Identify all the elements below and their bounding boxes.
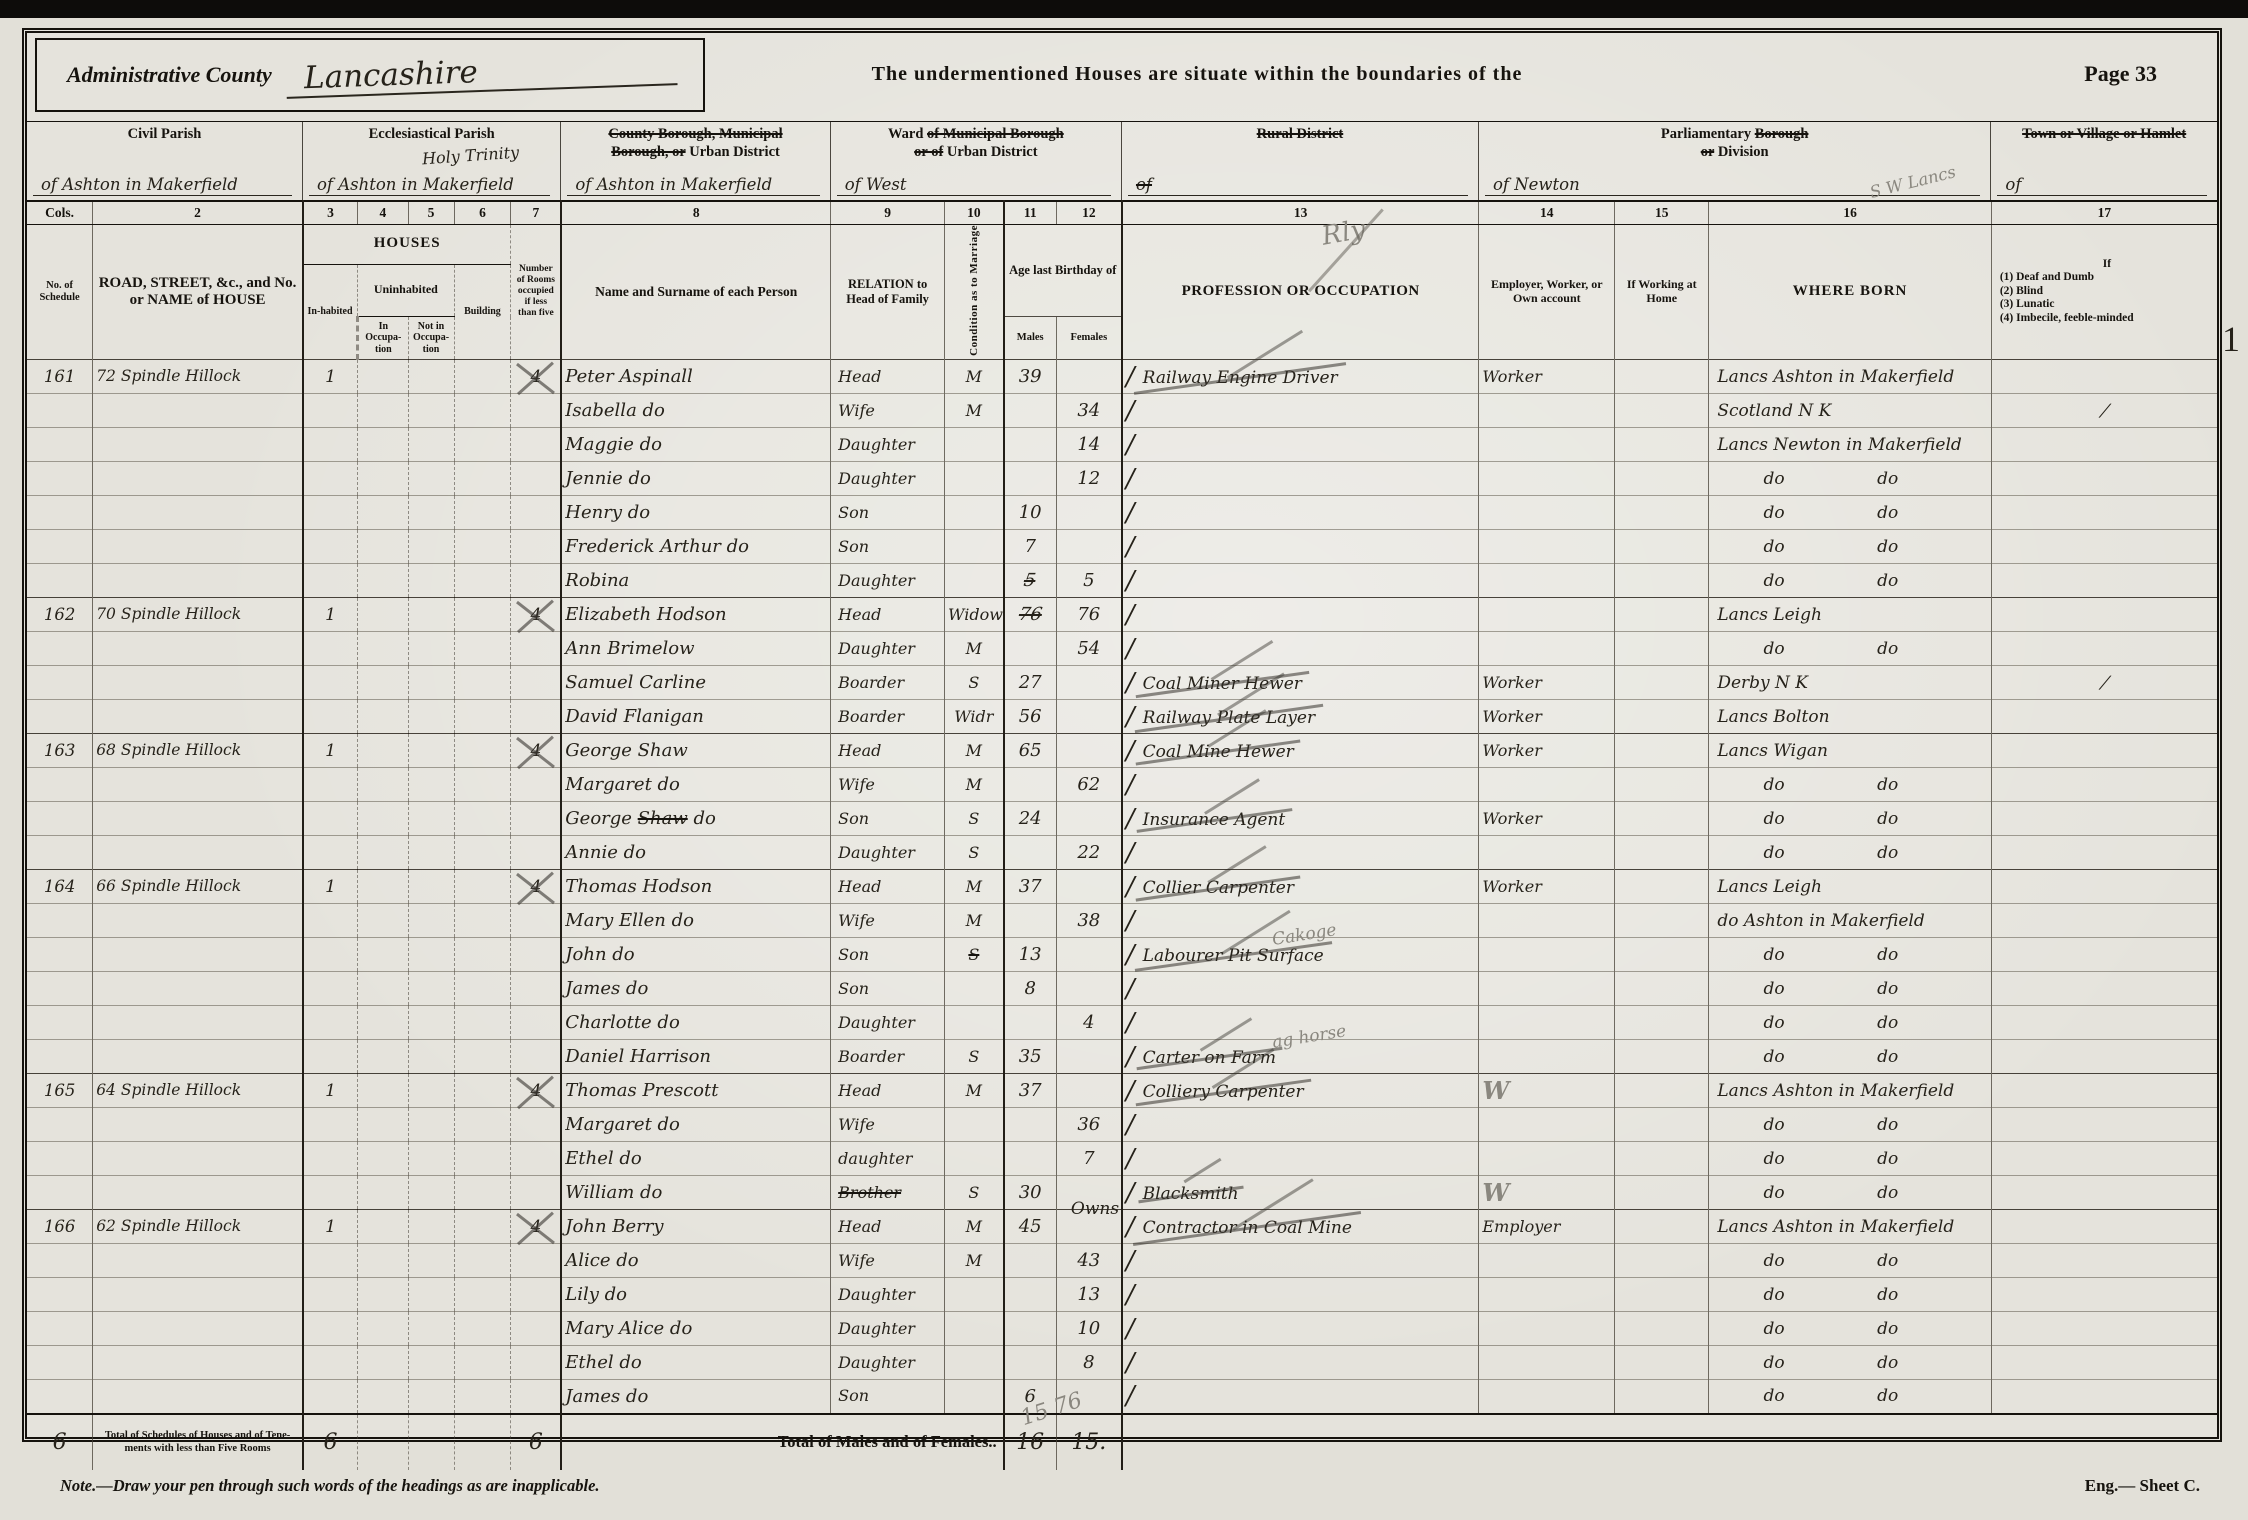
cell-uninhabited-in-occupation xyxy=(358,1278,408,1312)
cell-address: 62 Spindle Hillock xyxy=(93,1210,303,1244)
cell-where-born: dodo xyxy=(1709,1108,1992,1142)
cell-rooms xyxy=(511,632,561,666)
cell-uninhabited-in-occupation xyxy=(358,972,408,1006)
cell-uninhabited-not-in-occupation xyxy=(408,700,454,734)
column-number: 7 xyxy=(511,201,561,224)
infirmity-item: (4) Imbecile, feeble-minded xyxy=(2000,312,2214,326)
cell-name: Isabella do xyxy=(561,394,830,428)
cell-age-female xyxy=(1056,530,1122,564)
sheet-label: Eng.— Sheet C. xyxy=(2085,1476,2200,1496)
cell-where-born: dodo xyxy=(1709,1380,1992,1414)
cell-inhabited xyxy=(303,836,358,870)
boundary-value: of Ashton in Makerfield xyxy=(33,175,292,196)
cell-age-female: 10 xyxy=(1056,1312,1122,1346)
cell-uninhabited-in-occupation xyxy=(358,938,408,972)
cell-where-born: dodo xyxy=(1709,1312,1992,1346)
cell-uninhabited-in-occupation xyxy=(358,1244,408,1278)
cell-inhabited xyxy=(303,632,358,666)
boundary-header: Holy TrinityEcclesiastical Parishof Asht… xyxy=(303,122,561,200)
cell-where-born: dodo xyxy=(1709,462,1992,496)
empty-cell xyxy=(408,1414,454,1470)
cell-condition: S xyxy=(945,1040,1004,1074)
infirmity-items: (1) Deaf and Dumb(2) Blind(3) Lunatic(4)… xyxy=(2000,271,2214,326)
cell-employer xyxy=(1479,1040,1615,1074)
column-group-uninhabited: Uninhabited xyxy=(358,264,454,317)
cell-uninhabited-in-occupation xyxy=(358,700,408,734)
cell-condition: M xyxy=(945,360,1004,394)
cell-age-female xyxy=(1056,938,1122,972)
cell-schedule xyxy=(27,394,93,428)
cell-uninhabited-not-in-occupation xyxy=(408,1108,454,1142)
cell-age-male: 39 xyxy=(1004,360,1057,394)
cell-condition: S xyxy=(945,836,1004,870)
cell-schedule: 161 xyxy=(27,360,93,394)
cell-rooms xyxy=(511,1244,561,1278)
cell-working-at-home xyxy=(1615,666,1709,700)
cell-infirmity xyxy=(1991,632,2217,666)
cell-address xyxy=(93,1380,303,1414)
cell-schedule xyxy=(27,1108,93,1142)
cell-inhabited xyxy=(303,972,358,1006)
cell-address: 70 Spindle Hillock xyxy=(93,598,303,632)
census-row: David FlaniganBoarderWidr56Railway Plate… xyxy=(27,700,2217,734)
cell-working-at-home xyxy=(1615,836,1709,870)
cell-age-male xyxy=(1004,632,1057,666)
cell-uninhabited-not-in-occupation xyxy=(408,632,454,666)
cell-relation: Daughter xyxy=(831,1346,945,1380)
cell-building xyxy=(454,394,511,428)
cell-employer: W xyxy=(1479,1176,1615,1210)
cell-occupation xyxy=(1122,1312,1479,1346)
cell-relation: Brother xyxy=(831,1176,945,1210)
column-header-inhabited: In-habited xyxy=(303,264,358,360)
cell-employer: Worker xyxy=(1479,666,1615,700)
cell-relation: Daughter xyxy=(831,1278,945,1312)
cell-infirmity xyxy=(1991,870,2217,904)
column-header-schedule: No. of Schedule xyxy=(27,224,93,360)
column-number: 12 xyxy=(1056,201,1122,224)
cell-uninhabited-in-occupation xyxy=(358,462,408,496)
cell-address xyxy=(93,938,303,972)
cell-uninhabited-in-occupation xyxy=(358,1176,408,1210)
cell-building xyxy=(454,564,511,598)
cell-infirmity xyxy=(1991,1176,2217,1210)
boundary-value: of Ashton in Makerfield xyxy=(567,175,819,196)
cell-age-male: 8 xyxy=(1004,972,1057,1006)
cell-relation: Wife xyxy=(831,904,945,938)
census-row: Frederick Arthur doSon7dodo xyxy=(27,530,2217,564)
cell-uninhabited-not-in-occupation xyxy=(408,1346,454,1380)
census-row: 16368 Spindle Hillock14George ShawHeadM6… xyxy=(27,734,2217,768)
cell-where-born: dodo xyxy=(1709,1176,1992,1210)
cell-where-born: dodo xyxy=(1709,768,1992,802)
page-heading: The undermentioned Houses are situate wi… xyxy=(767,63,1627,86)
cell-uninhabited-in-occupation xyxy=(358,904,408,938)
cell-inhabited xyxy=(303,666,358,700)
column-header-in-occupation: In Occupa-tion xyxy=(358,317,408,360)
cell-uninhabited-not-in-occupation xyxy=(408,666,454,700)
cell-relation: Head xyxy=(831,734,945,768)
cell-inhabited xyxy=(303,700,358,734)
cell-rooms: 4 xyxy=(511,870,561,904)
cell-relation: Son xyxy=(831,1380,945,1414)
cell-employer xyxy=(1479,530,1615,564)
cell-building xyxy=(454,462,511,496)
cell-uninhabited-not-in-occupation xyxy=(408,598,454,632)
census-form-paper: 1 Administrative County Lancashire The u… xyxy=(0,18,2248,1520)
cell-condition xyxy=(945,972,1004,1006)
cell-uninhabited-not-in-occupation xyxy=(408,1380,454,1414)
cell-uninhabited-not-in-occupation xyxy=(408,870,454,904)
cell-condition xyxy=(945,1006,1004,1040)
cell-where-born: Lancs Leigh xyxy=(1709,598,1992,632)
cell-infirmity xyxy=(1991,1074,2217,1108)
boundary-header: Parliamentary Boroughor Divisionof Newto… xyxy=(1479,122,1991,200)
cell-schedule xyxy=(27,632,93,666)
cell-where-born: dodo xyxy=(1709,1278,1992,1312)
cell-name: Charlotte do xyxy=(561,1006,830,1040)
boundary-value: of Ashton in Makerfield xyxy=(309,175,550,196)
cell-rooms xyxy=(511,1176,561,1210)
boundary-header: County Borough, MunicipalBorough, or Urb… xyxy=(561,122,830,200)
census-row: 16662 Spindle Hillock14John BerryHeadM45… xyxy=(27,1210,2217,1244)
cell-condition: M xyxy=(945,1210,1004,1244)
census-row: Isabella doWifeM34Scotland N K/ xyxy=(27,394,2217,428)
cell-schedule xyxy=(27,1176,93,1210)
cell-employer xyxy=(1479,836,1615,870)
cell-age-female xyxy=(1056,802,1122,836)
cell-name: Jennie do xyxy=(561,462,830,496)
cell-inhabited xyxy=(303,938,358,972)
cell-occupation xyxy=(1122,972,1479,1006)
cell-where-born: Lancs Wigan xyxy=(1709,734,1992,768)
cell-address xyxy=(93,1006,303,1040)
total-inhabited-value: 6 xyxy=(324,1430,338,1455)
cell-working-at-home xyxy=(1615,632,1709,666)
cell-employer xyxy=(1479,1278,1615,1312)
cell-occupation xyxy=(1122,530,1479,564)
cell-working-at-home xyxy=(1615,1142,1709,1176)
cell-address xyxy=(93,904,303,938)
cell-where-born: dodo xyxy=(1709,530,1992,564)
cell-schedule xyxy=(27,1278,93,1312)
table-footer: 6 Total of Schedules of Houses and of Te… xyxy=(27,1414,2217,1470)
column-header-profession-label: PROFESSION OR OCCUPATION xyxy=(1182,283,1420,299)
column-number: 16 xyxy=(1709,201,1992,224)
cell-building xyxy=(454,700,511,734)
cell-relation: Daughter xyxy=(831,1312,945,1346)
column-number: 13 xyxy=(1122,201,1479,224)
cell-inhabited xyxy=(303,1142,358,1176)
column-header-females: Females xyxy=(1056,317,1122,360)
column-number: 9 xyxy=(831,201,945,224)
cell-employer xyxy=(1479,1142,1615,1176)
cell-where-born: dodo xyxy=(1709,1006,1992,1040)
total-rooms-value: 6 xyxy=(529,1430,543,1455)
cell-address xyxy=(93,632,303,666)
column-numbers-row: Cols.234567891011121314151617 xyxy=(27,201,2217,224)
cell-occupation xyxy=(1122,1142,1479,1176)
cell-age-male xyxy=(1004,1142,1057,1176)
cell-where-born: Lancs Ashton in Makerfield xyxy=(1709,360,1992,394)
boundary-header: Rural Districtof xyxy=(1122,122,1479,200)
cell-working-at-home xyxy=(1615,394,1709,428)
cell-condition: M xyxy=(945,870,1004,904)
administrative-county-box: Administrative County Lancashire xyxy=(35,38,705,112)
cell-employer xyxy=(1479,632,1615,666)
cell-working-at-home xyxy=(1615,360,1709,394)
cell-inhabited xyxy=(303,462,358,496)
cell-where-born: dodo xyxy=(1709,1346,1992,1380)
cell-working-at-home xyxy=(1615,564,1709,598)
cell-working-at-home xyxy=(1615,1074,1709,1108)
cell-name: Ann Brimelow xyxy=(561,632,830,666)
cell-building xyxy=(454,530,511,564)
cell-infirmity xyxy=(1991,1346,2217,1380)
cell-uninhabited-in-occupation xyxy=(358,1346,408,1380)
cell-building xyxy=(454,1210,511,1244)
cell-rooms xyxy=(511,1006,561,1040)
cell-address xyxy=(93,802,303,836)
column-header-name-label: Name and Surname of each Person xyxy=(595,284,797,299)
cell-address xyxy=(93,768,303,802)
column-header-name: Name and Surname of each Person xyxy=(561,224,830,360)
cell-rooms xyxy=(511,1278,561,1312)
cell-uninhabited-in-occupation xyxy=(358,632,408,666)
cell-rooms xyxy=(511,428,561,462)
cell-uninhabited-in-occupation xyxy=(358,530,408,564)
census-row: 16564 Spindle Hillock14Thomas PrescottHe… xyxy=(27,1074,2217,1108)
cell-uninhabited-in-occupation xyxy=(358,1142,408,1176)
cell-address: 66 Spindle Hillock xyxy=(93,870,303,904)
cell-rooms: 4 xyxy=(511,1074,561,1108)
census-row: Alice doWifeM43dodo xyxy=(27,1244,2217,1278)
scanned-census-page: 1 Administrative County Lancashire The u… xyxy=(0,0,2248,1520)
column-number: 6 xyxy=(454,201,511,224)
cell-name: John Berry xyxy=(561,1210,830,1244)
cell-address xyxy=(93,972,303,1006)
cell-name: Lily do xyxy=(561,1278,830,1312)
pencil-annotation: S W Lancs xyxy=(1860,161,1962,205)
column-header-building: Building xyxy=(454,264,511,360)
cell-age-female xyxy=(1056,496,1122,530)
cell-inhabited xyxy=(303,904,358,938)
census-row: James doSon6dodo xyxy=(27,1380,2217,1414)
cell-uninhabited-in-occupation xyxy=(358,802,408,836)
cell-condition xyxy=(945,1142,1004,1176)
cell-inhabited xyxy=(303,1380,358,1414)
column-header-condition: Condition as to Marriage xyxy=(945,224,1004,360)
cell-where-born: dodo xyxy=(1709,632,1992,666)
cell-age-female: 22 xyxy=(1056,836,1122,870)
cell-working-at-home xyxy=(1615,1380,1709,1414)
cell-age-female: 38 xyxy=(1056,904,1122,938)
cell-uninhabited-not-in-occupation xyxy=(408,768,454,802)
cell-rooms xyxy=(511,394,561,428)
cell-schedule xyxy=(27,802,93,836)
cell-schedule xyxy=(27,1142,93,1176)
cell-age-male: 24 xyxy=(1004,802,1057,836)
cell-schedule xyxy=(27,972,93,1006)
cell-address xyxy=(93,564,303,598)
cell-uninhabited-not-in-occupation xyxy=(408,904,454,938)
cell-age-female xyxy=(1056,666,1122,700)
column-header-males: Males xyxy=(1004,317,1057,360)
cell-working-at-home xyxy=(1615,904,1709,938)
cell-where-born: Lancs Bolton xyxy=(1709,700,1992,734)
cell-infirmity xyxy=(1991,1108,2217,1142)
cell-rooms xyxy=(511,700,561,734)
census-row: George Shaw doSonS24Insurance AgentWorke… xyxy=(27,802,2217,836)
cell-infirmity xyxy=(1991,462,2217,496)
boundary-title: Ecclesiastical Parish xyxy=(303,125,560,143)
empty-cell xyxy=(1122,1414,2217,1470)
cell-rooms xyxy=(511,836,561,870)
cell-name: George Shaw do xyxy=(561,802,830,836)
cell-occupation xyxy=(1122,1278,1479,1312)
cell-address xyxy=(93,1040,303,1074)
cell-rooms xyxy=(511,1142,561,1176)
cell-name: James do xyxy=(561,1380,830,1414)
boundary-title: Civil Parish xyxy=(27,125,302,143)
cell-occupation: Coal Miner Hewer xyxy=(1122,666,1479,700)
cell-condition: M xyxy=(945,768,1004,802)
empty-cell xyxy=(358,1414,408,1470)
cell-age-female: 12 xyxy=(1056,462,1122,496)
cell-relation: Daughter xyxy=(831,564,945,598)
cell-working-at-home xyxy=(1615,972,1709,1006)
cell-name: William do xyxy=(561,1176,830,1210)
cell-relation: Boarder xyxy=(831,666,945,700)
column-number: 14 xyxy=(1479,201,1615,224)
cell-age-female: 43 xyxy=(1056,1244,1122,1278)
cell-uninhabited-in-occupation xyxy=(358,870,408,904)
totals-row: 6 Total of Schedules of Houses and of Te… xyxy=(27,1414,2217,1470)
cell-infirmity xyxy=(1991,1142,2217,1176)
cell-rooms: 4 xyxy=(511,734,561,768)
cell-employer xyxy=(1479,1312,1615,1346)
table-header: Cols.234567891011121314151617 No. of Sch… xyxy=(27,201,2217,360)
form-frame: Administrative County Lancashire The und… xyxy=(22,28,2222,1442)
cell-uninhabited-not-in-occupation xyxy=(408,1176,454,1210)
cell-relation: Wife xyxy=(831,768,945,802)
cell-age-female: 62 xyxy=(1056,768,1122,802)
census-row: Ann BrimelowDaughterM54dodo xyxy=(27,632,2217,666)
cell-address xyxy=(93,1346,303,1380)
cell-condition: M xyxy=(945,904,1004,938)
cell-uninhabited-not-in-occupation xyxy=(408,1006,454,1040)
cell-occupation: Railway Plate Layer xyxy=(1122,700,1479,734)
cell-employer: Worker xyxy=(1479,802,1615,836)
cell-schedule xyxy=(27,666,93,700)
total-males-females-label-cell: Total of Males and of Females.. xyxy=(561,1414,1003,1470)
cell-rooms xyxy=(511,1380,561,1414)
cell-age-male: 5 xyxy=(1004,564,1057,598)
cell-condition xyxy=(945,1108,1004,1142)
cell-schedule xyxy=(27,428,93,462)
column-group-houses: HOUSES xyxy=(303,224,511,264)
margin-folio-number: 1 xyxy=(2222,318,2240,360)
cell-building xyxy=(454,734,511,768)
cell-age-female xyxy=(1056,360,1122,394)
cell-age-male: 65 xyxy=(1004,734,1057,768)
infirmity-item: (2) Blind xyxy=(2000,285,2214,299)
column-header-not-in-occupation: Not in Occupa-tion xyxy=(408,317,454,360)
cell-employer xyxy=(1479,394,1615,428)
column-number: 3 xyxy=(303,201,358,224)
cell-condition: M xyxy=(945,632,1004,666)
cell-age-male xyxy=(1004,836,1057,870)
cell-schedule xyxy=(27,1380,93,1414)
column-number: Cols. xyxy=(27,201,93,224)
cell-age-male xyxy=(1004,1312,1057,1346)
cell-age-female: 36 xyxy=(1056,1108,1122,1142)
cell-building xyxy=(454,768,511,802)
cell-occupation xyxy=(1122,462,1479,496)
cell-building xyxy=(454,1244,511,1278)
census-row: Ethel dodaughter7dodo xyxy=(27,1142,2217,1176)
cell-uninhabited-in-occupation xyxy=(358,666,408,700)
cell-rooms xyxy=(511,1108,561,1142)
cell-employer xyxy=(1479,1380,1615,1414)
cell-age-male: 10 xyxy=(1004,496,1057,530)
totals-label: Total of Schedules of Houses and of Tene… xyxy=(96,1429,299,1455)
cell-age-male xyxy=(1004,1346,1057,1380)
cell-inhabited xyxy=(303,428,358,462)
cell-uninhabited-in-occupation xyxy=(358,1210,408,1244)
pencil-annotation: Rly xyxy=(1320,215,1369,252)
cell-building xyxy=(454,1142,511,1176)
census-row: Samuel CarlineBoarderS27Coal Miner Hewer… xyxy=(27,666,2217,700)
cell-working-at-home xyxy=(1615,1312,1709,1346)
cell-schedule xyxy=(27,1346,93,1380)
cell-occupation xyxy=(1122,564,1479,598)
cell-infirmity xyxy=(1991,700,2217,734)
cell-employer xyxy=(1479,1244,1615,1278)
census-table: Cols.234567891011121314151617 No. of Sch… xyxy=(27,200,2217,1470)
cell-rooms xyxy=(511,1346,561,1380)
cell-age-male: 13 xyxy=(1004,938,1057,972)
cell-condition: M xyxy=(945,1074,1004,1108)
scan-edge xyxy=(0,0,2248,18)
cell-address xyxy=(93,496,303,530)
column-number: 17 xyxy=(1991,201,2217,224)
column-header-profession: PROFESSION OR OCCUPATIONRly xyxy=(1122,224,1479,360)
cell-age-male xyxy=(1004,428,1057,462)
cell-age-male: 45 xyxy=(1004,1210,1057,1244)
total-schedules: 6 xyxy=(27,1414,93,1470)
cell-uninhabited-in-occupation xyxy=(358,1074,408,1108)
cell-relation: Daughter xyxy=(831,632,945,666)
cell-name: James do xyxy=(561,972,830,1006)
cell-building xyxy=(454,836,511,870)
column-header-where-born: WHERE BORN xyxy=(1709,224,1992,360)
cell-infirmity: / xyxy=(1991,394,2217,428)
cell-building xyxy=(454,632,511,666)
cell-uninhabited-not-in-occupation xyxy=(408,734,454,768)
cell-employer xyxy=(1479,938,1615,972)
cell-rooms xyxy=(511,768,561,802)
cell-where-born: dodo xyxy=(1709,496,1992,530)
cell-age-female: 76 xyxy=(1056,598,1122,632)
infirmity-intro: If xyxy=(2000,258,2214,271)
cell-condition: S xyxy=(945,1176,1004,1210)
cell-condition: Widr xyxy=(945,700,1004,734)
cell-employer: W xyxy=(1479,1074,1615,1108)
cell-employer xyxy=(1479,768,1615,802)
cell-inhabited xyxy=(303,564,358,598)
cell-employer xyxy=(1479,428,1615,462)
